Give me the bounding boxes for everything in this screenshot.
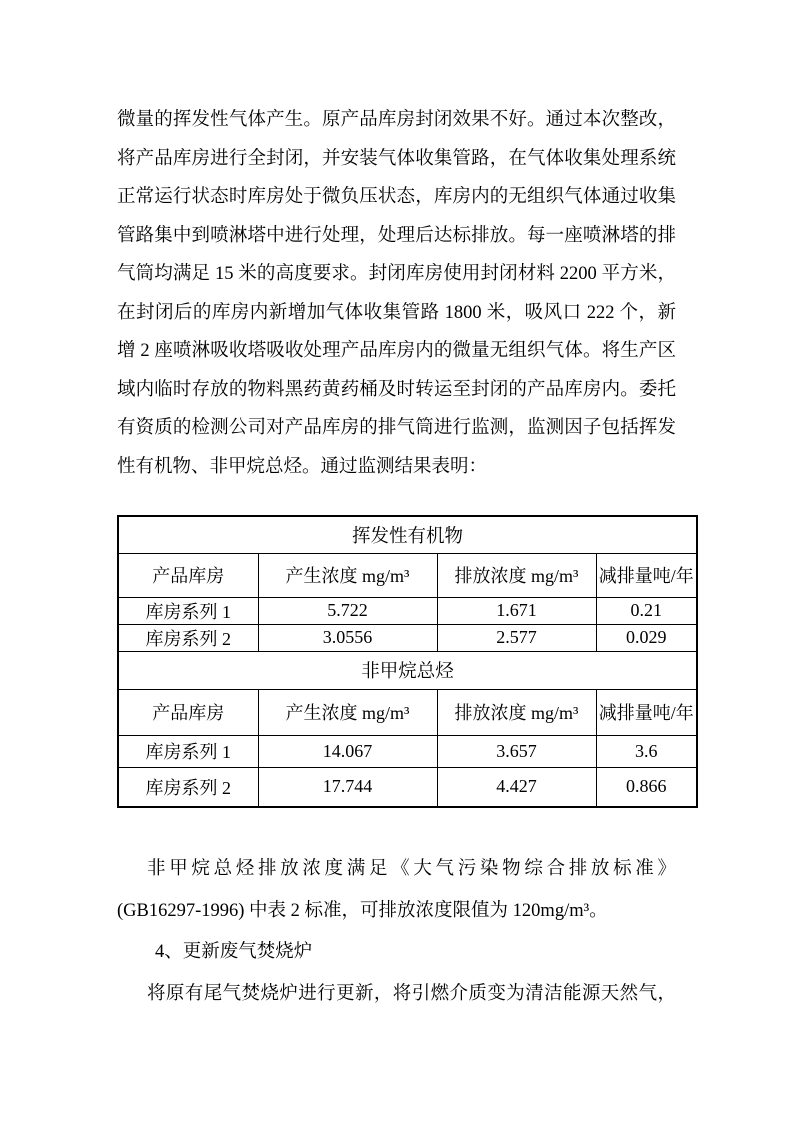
table-row: 库房系列 2 3.0556 2.577 0.029: [118, 624, 697, 651]
paragraph-line: 管路集中到喷淋塔中进行处理，处理后达标排放。每一座喷淋塔的排: [117, 217, 676, 256]
value-cell: 5.722: [258, 597, 437, 624]
monitoring-results-table: 挥发性有机物 产品库房 产生浓度 mg/m³ 排放浓度 mg/m³ 减排量吨/年…: [117, 515, 698, 808]
column-header-reduction: 减排量吨/年: [596, 689, 697, 735]
paragraph-line: 气筒均满足 15 米的高度要求。封闭库房使用封闭材料 2200 平方米，: [117, 255, 676, 294]
value-cell: 4.427: [437, 767, 596, 807]
warehouse-name-cell: 库房系列 2: [118, 624, 258, 651]
warehouse-name-cell: 库房系列 1: [118, 597, 258, 624]
column-header-warehouse: 产品库房: [118, 689, 258, 735]
value-cell: 3.0556: [258, 624, 437, 651]
column-header-emission-concentration: 排放浓度 mg/m³: [437, 689, 596, 735]
value-cell: 3.6: [596, 735, 697, 767]
column-header-reduction: 减排量吨/年: [596, 553, 697, 597]
warehouse-name-cell: 库房系列 2: [118, 767, 258, 807]
paragraph-line: 将产品库房进行全封闭，并安装气体收集管路，在气体收集处理系统: [117, 140, 676, 179]
value-cell: 14.067: [258, 735, 437, 767]
paragraph-line: 微量的挥发性气体产生。原产品库房封闭效果不好。通过本次整改，: [117, 101, 676, 140]
paragraph-line: 在封闭后的库房内新增加气体收集管路 1800 米，吸风口 222 个，新: [117, 294, 676, 333]
table-row: 非甲烷总烃: [118, 651, 697, 689]
paragraph-line: 域内临时存放的物料黑药黄药桶及时转运至封闭的产品库房内。委托: [117, 371, 676, 410]
value-cell: 0.21: [596, 597, 697, 624]
table-row: 库房系列 1 5.722 1.671 0.21: [118, 597, 697, 624]
table-row: 挥发性有机物: [118, 516, 697, 553]
column-header-generated-concentration: 产生浓度 mg/m³: [258, 553, 437, 597]
paragraph-line: 有资质的检测公司对产品库房的排气筒进行监测，监测因子包括挥发: [117, 409, 676, 448]
paragraph-line: 性有机物、非甲烷总烃。通过监测结果表明：: [117, 448, 676, 487]
conclusion-line: 非甲烷总烃排放浓度满足《大气污染物综合排放标准》: [117, 849, 676, 891]
warehouse-name-cell: 库房系列 1: [118, 735, 258, 767]
value-cell: 0.866: [596, 767, 697, 807]
table-row: 产品库房 产生浓度 mg/m³ 排放浓度 mg/m³ 减排量吨/年: [118, 553, 697, 597]
document-page: 微量的挥发性气体产生。原产品库房封闭效果不好。通过本次整改， 将产品库房进行全封…: [0, 0, 793, 1122]
body-paragraph: 微量的挥发性气体产生。原产品库房封闭效果不好。通过本次整改， 将产品库房进行全封…: [117, 101, 676, 486]
section-heading-4: 4、更新废气焚烧炉: [117, 932, 676, 974]
value-cell: 3.657: [437, 735, 596, 767]
column-header-emission-concentration: 排放浓度 mg/m³: [437, 553, 596, 597]
table-row: 库房系列 1 14.067 3.657 3.6: [118, 735, 697, 767]
table-section-title-nmhc: 非甲烷总烃: [118, 651, 697, 689]
conclusion-line: 将原有尾气焚烧炉进行更新，将引燃介质变为清洁能源天然气，: [117, 974, 676, 1016]
value-cell: 0.029: [596, 624, 697, 651]
column-header-generated-concentration: 产生浓度 mg/m³: [258, 689, 437, 735]
column-header-warehouse: 产品库房: [118, 553, 258, 597]
value-cell: 17.744: [258, 767, 437, 807]
value-cell: 2.577: [437, 624, 596, 651]
table-row: 库房系列 2 17.744 4.427 0.866: [118, 767, 697, 807]
table-row: 产品库房 产生浓度 mg/m³ 排放浓度 mg/m³ 减排量吨/年: [118, 689, 697, 735]
paragraph-line: 正常运行状态时库房处于微负压状态，库房内的无组织气体通过收集: [117, 178, 676, 217]
conclusion-text-block: 非甲烷总烃排放浓度满足《大气污染物综合排放标准》 (GB16297-1996) …: [117, 849, 676, 1015]
conclusion-line: (GB16297-1996) 中表 2 标准，可排放浓度限值为 120mg/m³…: [117, 891, 676, 933]
paragraph-line: 增 2 座喷淋吸收塔吸收处理产品库房内的微量无组织气体。将生产区: [117, 332, 676, 371]
table-section-title-voc: 挥发性有机物: [118, 516, 697, 553]
value-cell: 1.671: [437, 597, 596, 624]
